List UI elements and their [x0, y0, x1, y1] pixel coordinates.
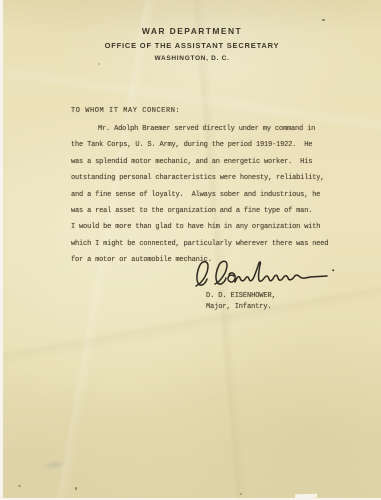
letter-paper: WAR DEPARTMENT OFFICE OF THE ASSISTANT S… — [3, 0, 381, 498]
scanned-letter-photo: WAR DEPARTMENT OFFICE OF THE ASSISTANT S… — [0, 0, 381, 500]
body-line: outstanding personal characteristics wer… — [71, 170, 328, 186]
typed-signature-title: Major, Infantry. — [206, 302, 276, 313]
paper-smudge — [40, 458, 67, 472]
body-line: I would be more than glad to have him in… — [71, 219, 328, 235]
typed-signature-block: D. D. EISENHOWER, Major, Infantry. — [206, 291, 276, 313]
body-line: and a fine sense of loyalty. Always sobe… — [71, 187, 328, 203]
letterhead-department: WAR DEPARTMENT — [3, 26, 381, 36]
scan-edge-notch — [295, 494, 317, 499]
paper-speck — [98, 63, 100, 65]
paper-speck — [75, 487, 77, 490]
paper-speck — [18, 485, 21, 487]
body-line: the Tank Corps, U. S. Army, during the p… — [71, 137, 328, 153]
letterhead: WAR DEPARTMENT OFFICE OF THE ASSISTANT S… — [3, 26, 381, 62]
paper-speck — [322, 19, 325, 21]
paper-speck — [240, 493, 242, 495]
body-line: Mr. Adolph Braemer served directly under… — [71, 121, 328, 137]
letterhead-office: OFFICE OF THE ASSISTANT SECRETARY — [3, 41, 381, 50]
body-line: which I might be connected, particularly… — [71, 236, 328, 252]
body-line: was a splendid motor mechanic, and an en… — [71, 154, 328, 170]
salutation: TO WHOM IT MAY CONCERN: — [71, 107, 180, 115]
letterhead-city: WASHINGTON, D. C. — [3, 55, 381, 62]
typed-signature-name: D. D. EISENHOWER, — [206, 291, 276, 302]
body-line: was a real asset to the organization and… — [71, 203, 328, 219]
letter-body: Mr. Adolph Braemer served directly under… — [71, 121, 328, 269]
